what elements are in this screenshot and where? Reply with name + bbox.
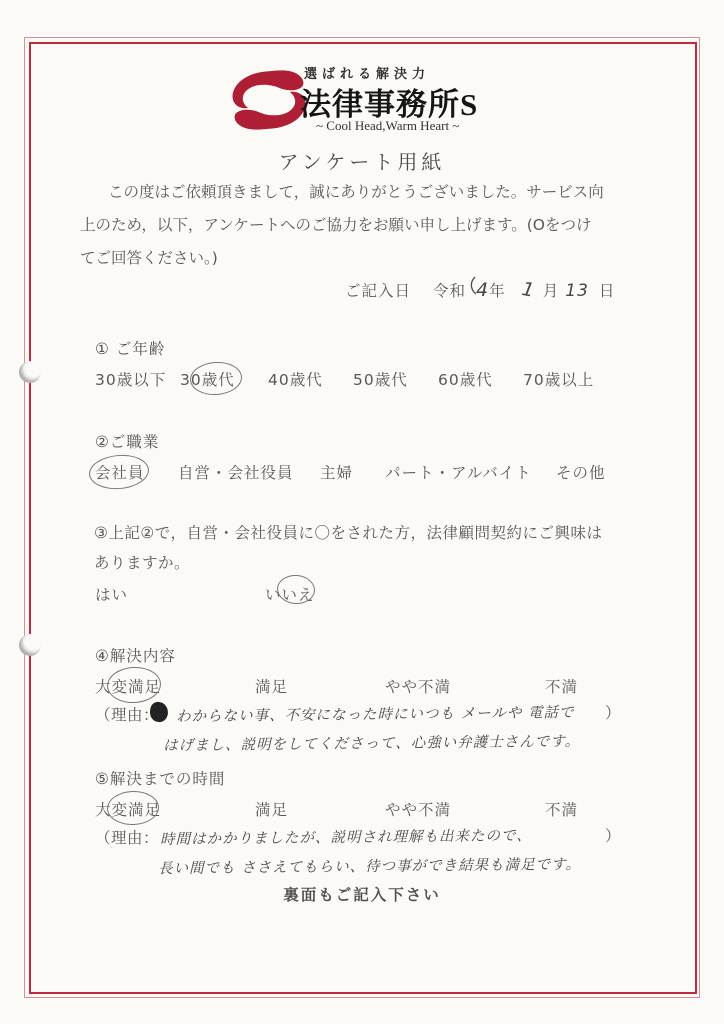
q2-options-row: 会社員 自営・会社役員 主婦 パート・アルバイト その他 xyxy=(95,461,655,485)
law-firm-s-swirl-logo-icon xyxy=(228,68,310,132)
q5-option-very-satisfied-selected: 大変満足 xyxy=(95,798,161,820)
q3-options-row: はい いいえ xyxy=(95,583,395,607)
q1-header: ① ご年齢 xyxy=(95,337,165,359)
year-unit: 年 xyxy=(489,279,506,301)
punch-hole-bottom xyxy=(19,634,41,656)
q4-header: ④解決内容 xyxy=(95,644,176,666)
q3-header-line1: ③上記②で，自営・会社役員に〇をされた方，法律顧問契約にご興味は xyxy=(94,521,602,543)
q4-reason-handwriting-line1: わからない事、不安になった時にいつも メールや 電話で xyxy=(176,701,575,726)
q4-reason-handwriting-line2: はげまし、説明をしてくださって、心強い弁護士さんです。 xyxy=(163,730,580,755)
q4-option-satisfied: 満足 xyxy=(255,675,288,697)
handwritten-day: 13 xyxy=(565,281,589,301)
q5-option-somewhat-dissatisfied: やや不満 xyxy=(385,798,451,820)
handwritten-year: 4 xyxy=(476,279,489,301)
q4-option-very-satisfied-selected: 大変満足 xyxy=(95,675,161,697)
q1-option-40s: 40歳代 xyxy=(268,368,323,390)
survey-sheet-scan: 選ばれる解決力 法律事務所S ~ Cool Head,Warm Heart ~ … xyxy=(0,0,724,1024)
fill-in-date-row: ご記入日 令和 4 年 1 月 13 日 xyxy=(345,274,615,301)
q2-option-other: その他 xyxy=(556,461,606,483)
intro-line-3: てご回答ください。) xyxy=(80,242,646,275)
q5-option-dissatisfied: 不満 xyxy=(545,798,578,820)
reverse-side-note: 裏面もご記入下さい xyxy=(0,883,724,905)
era-label: 令和 xyxy=(433,279,466,301)
q1-option-50s: 50歳代 xyxy=(353,368,408,390)
q2-option-self-employed: 自営・会社役員 xyxy=(178,461,294,483)
q2-option-part-time: パート・アルバイト xyxy=(385,461,532,483)
month-unit: 月 xyxy=(543,279,560,301)
q5-reason-handwriting-line1: 時間はかかりましたが、説明され理解も出来たので、 xyxy=(160,824,532,849)
q5-option-satisfied: 満足 xyxy=(255,798,288,820)
q2-header: ②ご職業 xyxy=(95,430,159,452)
intro-paragraph: この度はご依頼頂きまして，誠にありがとうございました。サービス向 上のため，以下… xyxy=(80,176,646,275)
date-label: ご記入日 xyxy=(345,279,411,301)
q4-options-row: 大変満足 満足 やや不満 不満 xyxy=(95,675,615,699)
q3-option-no-selected: いいえ xyxy=(265,583,315,605)
q2-option-company-employee-selected: 会社員 xyxy=(95,461,145,483)
q4-option-somewhat-dissatisfied: やや不満 xyxy=(385,675,451,697)
q5-reason-close-paren: ） xyxy=(605,824,621,846)
q3-header-line2: ありますか。 xyxy=(94,551,190,573)
q3-option-yes: はい xyxy=(95,583,128,605)
q1-option-under30: 30歳以下 xyxy=(95,368,166,390)
q5-reason-label: （理由： xyxy=(95,826,159,848)
q5-reason-handwriting-line2: 長い間でも ささえてもらい、待つ事ができ結果も満足です。 xyxy=(158,853,581,878)
q5-options-row: 大変満足 満足 やや不満 不満 xyxy=(95,798,615,822)
handwritten-month: 1 xyxy=(520,278,537,302)
logo-tagline-bottom: ~ Cool Head,Warm Heart ~ xyxy=(316,118,459,134)
page-title: アンケート用紙 xyxy=(0,146,724,175)
q1-option-60s: 60歳代 xyxy=(438,368,493,390)
q2-option-homemaker: 主婦 xyxy=(320,461,353,483)
punch-hole-top xyxy=(19,361,41,383)
day-unit: 日 xyxy=(599,279,616,301)
intro-line-1: この度はご依頼頂きまして，誠にありがとうございました。サービス向 xyxy=(80,176,646,209)
q4-reason-close-paren: ） xyxy=(605,701,621,723)
q1-option-30s-selected: 30歳代 xyxy=(180,368,235,390)
intro-line-2: 上のため，以下，アンケートへのご協力をお願い申し上げます。(Oをつけ xyxy=(80,209,646,242)
q4-option-dissatisfied: 不満 xyxy=(545,675,578,697)
q1-option-over70: 70歳以上 xyxy=(523,368,594,390)
q5-header: ⑤解決までの時間 xyxy=(95,767,225,789)
q1-options-row: 30歳以下 30歳代 40歳代 50歳代 60歳代 70歳以上 xyxy=(95,368,635,392)
